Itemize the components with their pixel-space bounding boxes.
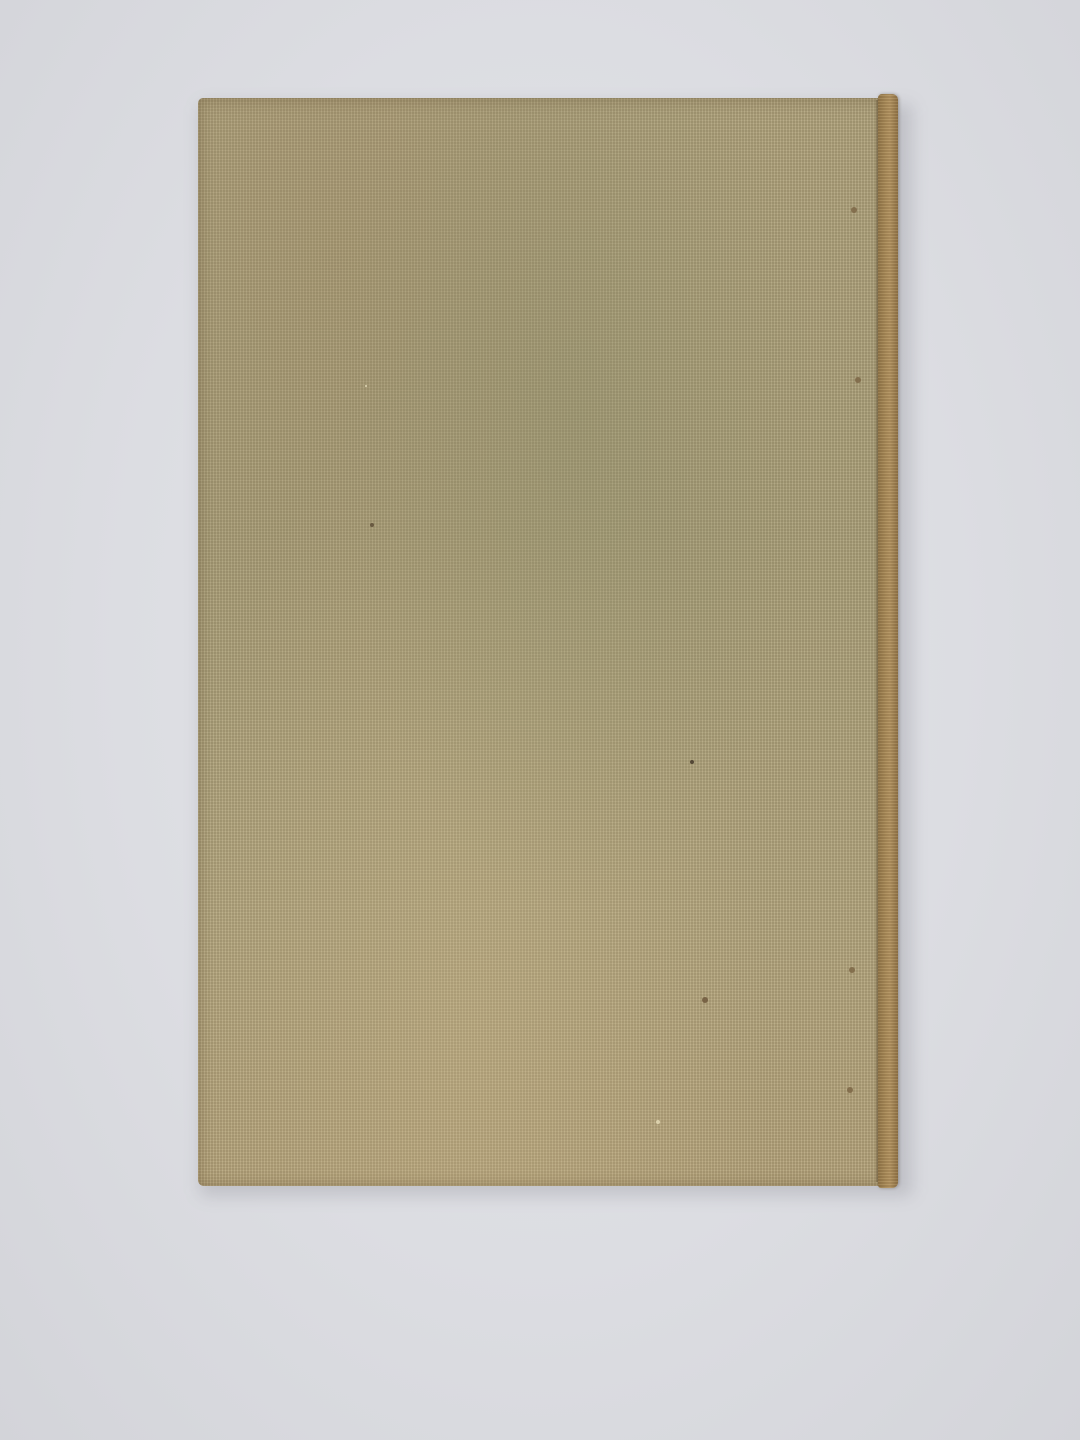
wear-mark	[847, 1087, 853, 1093]
wear-mark	[656, 1120, 660, 1124]
wear-mark	[370, 523, 374, 527]
wear-mark	[365, 385, 367, 387]
photo-scene	[0, 0, 1080, 1440]
book-back-cover	[198, 98, 886, 1186]
wear-mark	[702, 997, 708, 1003]
wear-mark	[849, 967, 855, 973]
wear-mark	[855, 377, 861, 383]
wear-mark	[690, 760, 694, 764]
wear-mark	[851, 207, 857, 213]
book-spine-edge	[878, 94, 898, 1188]
